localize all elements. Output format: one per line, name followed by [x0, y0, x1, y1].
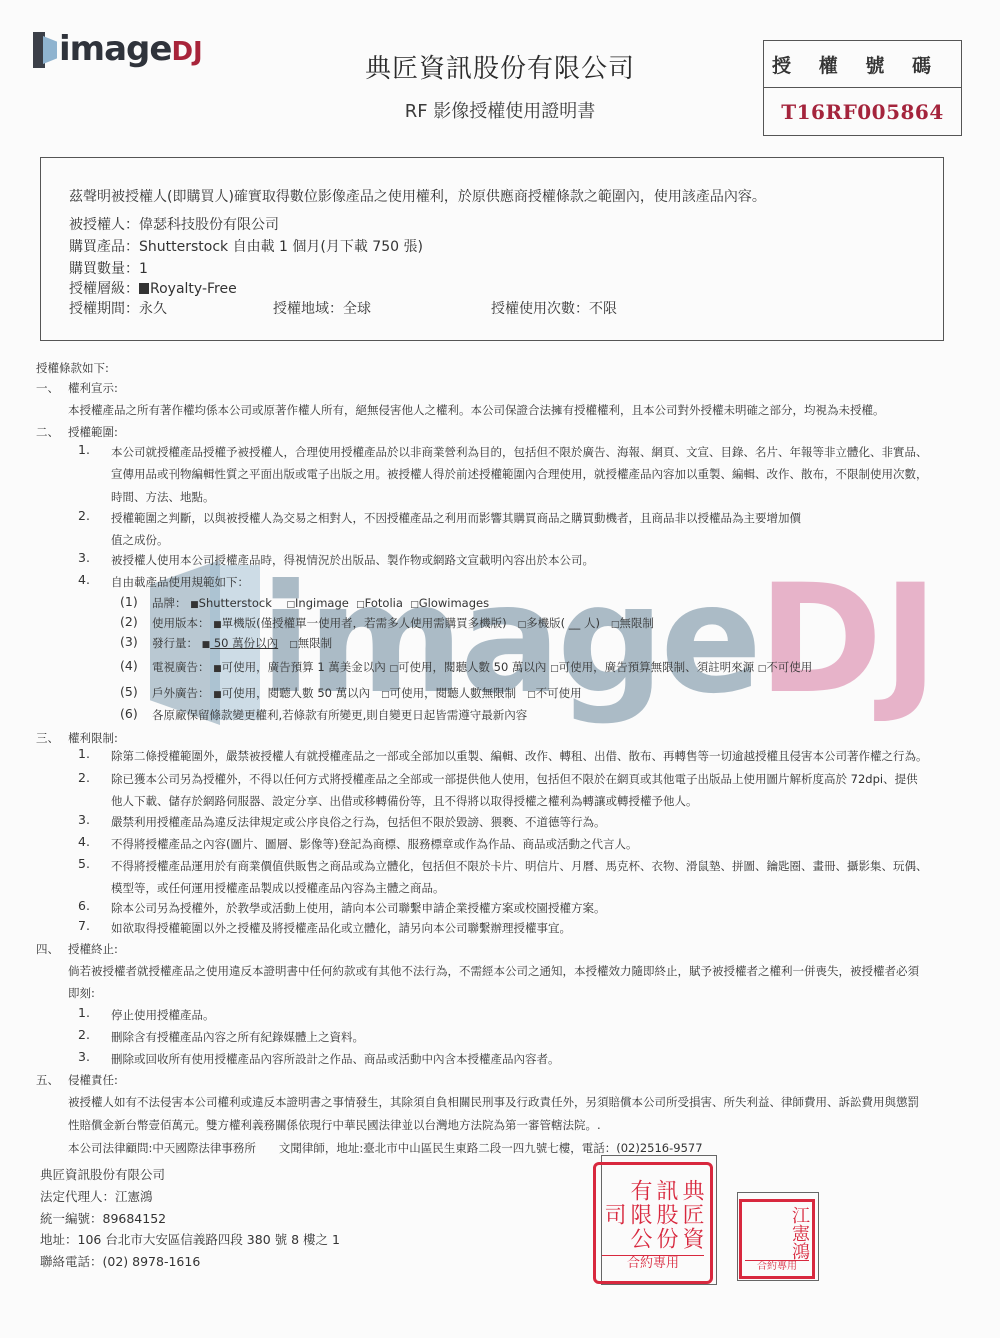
product-row: 購買產品：Shutterstock 自由載 1 個月(月下載 750 張): [69, 236, 423, 256]
checkbox-outdoor-audience: [213, 686, 222, 700]
section-3-item-6: 除本公司另為授權外，於教學或活動上使用，請向本公司聯繫申請企業授權方案或校園授權…: [111, 900, 606, 916]
section-3-item-4: 不得將授權產品之內容(圖片、圖層、影像等)登記為商標、服務標章或作為作品、商品或…: [111, 836, 637, 852]
authorization-code: T16RF005864: [764, 88, 961, 135]
section-5-body-line-2: 性賠償金新台幣壹佰萬元。雙方權利義務關係依現行中華民國法律並以台灣地方法院為第一…: [68, 1117, 601, 1133]
quantity-value: 1: [139, 261, 148, 277]
section-2-title: 授權範圍:: [68, 424, 118, 440]
section-3-item-2-line-1: 除已獲本公司另為授權外，不得以任何方式將授權產品之全部或一部提供他人使用，包括但…: [111, 771, 918, 787]
checkbox-circulation-unlimited: [289, 636, 298, 650]
section-4-item-2: 刪除含有授權產品內容之所有紀錄媒體上之資料。: [111, 1029, 364, 1045]
vendor-change-clause: 各原廠保留條款變更權利,若條款有所變更,則自變更日起皆需遵守最新內容: [152, 707, 527, 723]
checkbox-shutterstock: [190, 596, 199, 610]
checkbox-glowimages: [410, 596, 419, 610]
footer-company: 典匠資訊股份有限公司: [40, 1165, 165, 1183]
checkbox-single-user: [213, 616, 222, 630]
checkbox-ingimage: [287, 596, 296, 610]
section-5-body-line-1: 被授權人如有不法侵害本公司權利或違反本證明書之事情發生，其除須自負相關民刑事及行…: [68, 1094, 919, 1110]
licensee-row: 被授權人：偉瑟科技股份有限公司: [69, 214, 279, 234]
section-3-item-2-line-2: 他人下載、儲存於網路伺服器、設定分享、出借或移轉備份等，且不得將以取得授權之權利…: [111, 793, 698, 809]
license-level-value: Royalty-Free: [150, 281, 237, 297]
legal-counsel-info: 本公司法律顧問:中天國際法律事務所 文聞律師，地址:臺北市中山區民生東路二段一四…: [68, 1140, 703, 1156]
section-1-number: 一、: [36, 380, 59, 396]
declaration-intro: 茲聲明被授權人(即購買人)確實取得數位影像產品之使用權利，於原供應商授權條款之範…: [69, 186, 766, 206]
section-4-number: 四、: [36, 941, 59, 957]
section-2-item-1-line-2: 宣傳用品或刊物編輯性質之平面出版或電子出版之用。被授權人得於前述授權範圍內合理使…: [111, 466, 928, 482]
checkbox-tv-unlimited: [550, 660, 559, 674]
section-5-number: 五、: [36, 1072, 59, 1088]
section-2-item-3: 被授權人使用本公司授權產品時，得視情況於出版品、製作物或網路文宣載明內容出於本公…: [111, 552, 594, 568]
declaration-box: 茲聲明被授權人(即購買人)確實取得數位影像產品之使用權利，於原供應商授權條款之範…: [40, 157, 944, 341]
section-3-title: 權利限制:: [68, 730, 118, 746]
authorization-code-label: 授 權 號 碼: [764, 41, 961, 88]
section-2-number: 二、: [36, 424, 59, 440]
checked-box-icon: [139, 283, 149, 294]
section-2-item-2-line-2: 值之成份。: [111, 532, 169, 548]
section-4-body-line-1: 倘若被授權者就授權產品之使用違反本證明書中任何約款或有其他不法行為，不需經本公司…: [68, 963, 919, 979]
section-3-item-5-line-2: 模型等，或任何運用授權產品製成以授權產品內容為主體之商品。: [111, 880, 445, 896]
section-2-item-1-line-1: 本公司就授權產品授權予被授權人，合理使用授權產品於以非商業營利為目的，包括但不限…: [111, 444, 928, 460]
section-4-body-line-2: 即刻:: [68, 985, 95, 1001]
representative-seal: 江憲鴻 合約專用: [739, 1199, 815, 1279]
license-level-row: 授權層級：Royalty-Free: [69, 278, 237, 298]
terms-heading: 授權條款如下:: [36, 360, 109, 376]
footer-representative: 法定代理人：江憲鴻: [40, 1187, 153, 1205]
tv-ad-options: 電視廣告： 可使用，廣告預算 1 萬美金以內 可使用，閱聽人數 50 萬以內 可…: [152, 659, 812, 675]
checkbox-multi-user: [518, 616, 527, 630]
section-3-item-7: 如欲取得授權範圍以外之授權及將授權產品化或立體化，請另向本公司聯繫辦理授權事宜。: [111, 920, 571, 936]
checkbox-tv-audience: [389, 660, 398, 674]
product-value: Shutterstock 自由載 1 個月(月下載 750 張): [139, 239, 423, 255]
licensee-value: 偉瑟科技股份有限公司: [139, 217, 279, 233]
footer-phone: 聯絡電話：(02) 8978-1616: [40, 1252, 200, 1270]
section-4-item-3: 刪除或回收所有使用授權產品內容所設計之作品、商品或活動中內含本授權產品內容者。: [111, 1051, 560, 1067]
section-4-item-1: 停止使用授權產品。: [111, 1007, 215, 1023]
section-3-item-5-line-1: 不得將授權產品運用於有商業價值供販售之商品或為立體化，包括但不限於卡片、明信片、…: [111, 858, 928, 874]
quantity-row: 購買數量：1: [69, 258, 148, 278]
checkbox-circulation-limit: [202, 636, 211, 650]
footer-tax-id: 統一編號：89684152: [40, 1209, 166, 1227]
checkbox-outdoor-unlimited: [381, 686, 390, 700]
footer-address: 地址：106 台北市大安區信義路四段 380 號 8 樓之 1: [40, 1230, 340, 1248]
version-options: 使用版本： 單機版(僅授權單一使用者，若需多人使用需購買多機版) 多機版( __…: [152, 615, 654, 631]
section-1-title: 權利宣示:: [68, 380, 118, 396]
circulation-options: 發行量： 50 萬份以內 無限制: [152, 635, 332, 651]
outdoor-ad-options: 戶外廣告： 可使用，閱聽人數 50 萬以內 可使用，閱聽人數無限制 不可使用: [152, 685, 582, 701]
section-2-item-1-line-3: 時間、方法、地點。: [111, 489, 215, 505]
checkbox-fotolia: [356, 596, 365, 610]
section-2-item-4: 自由載產品使用規範如下：: [111, 574, 249, 590]
section-2-item-2-line-1: 授權範圍之判斷，以與被授權人為交易之相對人，不因授權產品之利用而影響其購買商品之…: [111, 510, 801, 526]
checkbox-outdoor-not-allowed: [527, 686, 536, 700]
license-region-row: 授權地域：全球: [273, 298, 371, 318]
section-5-title: 侵權責任:: [68, 1072, 118, 1088]
section-1-body: 本授權產品之所有著作權均係本公司或原著作權人所有，絕無侵害他人之權利。本公司保證…: [68, 402, 885, 418]
brand-options: 品牌： Shutterstock Ingimage Fotolia Glowim…: [152, 595, 489, 611]
checkbox-tv-budget: [213, 660, 222, 674]
authorization-code-box: 授 權 號 碼 T16RF005864: [763, 40, 962, 136]
checkbox-tv-not-allowed: [758, 660, 767, 674]
license-usage-row: 授權使用次數：不限: [491, 298, 617, 318]
company-seal: 典匠資訊股份有限公司 合約專用: [593, 1162, 713, 1284]
section-4-title: 授權終止:: [68, 941, 118, 957]
section-3-number: 三、: [36, 730, 59, 746]
section-3-item-1: 除第二條授權範圍外，嚴禁被授權人有就授權產品之一部或全部加以重製、編輯、改作、轉…: [111, 748, 928, 764]
license-period-row: 授權期間：永久: [69, 298, 167, 318]
section-3-item-3: 嚴禁利用授權產品為違反法律規定或公序良俗之行為，包括但不限於毀謗、猥褻、不道德等…: [111, 814, 606, 830]
